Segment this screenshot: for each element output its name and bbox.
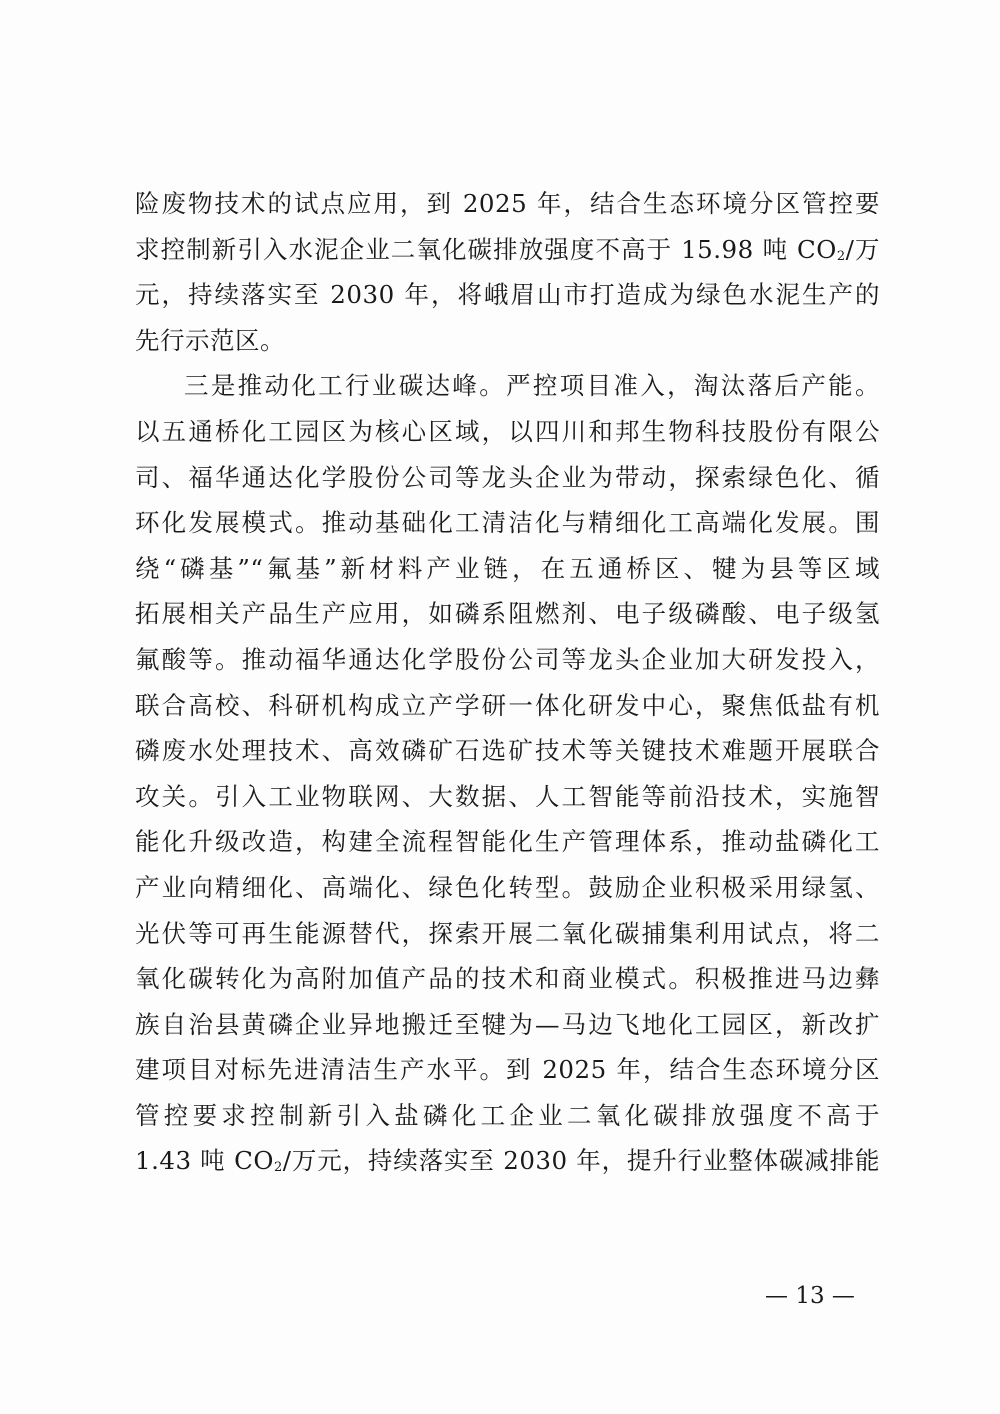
- text-line: 司、福华通达化学股份公司等龙头企业为带动，探索绿色化、循: [135, 455, 880, 501]
- text-line: 1.43 吨 CO2/万元，持续落实至 2030 年，提升行业整体碳减排能: [135, 1138, 880, 1184]
- text-line: 联合高校、科研机构成立产学研一体化研发中心，聚焦低盐有机: [135, 683, 880, 729]
- text-span: 1.43 吨 CO: [135, 1146, 274, 1175]
- text-line: 氧化碳转化为高附加值产品的技术和商业模式。积极推进马边彝: [135, 956, 880, 1002]
- paragraph-start-line: 三是推动化工行业碳达峰。严控项目准入，淘汰落后产能。: [135, 363, 880, 409]
- text-span: /万: [846, 235, 880, 264]
- text-line: 攻关。引入工业物联网、大数据、人工智能等前沿技术，实施智: [135, 774, 880, 820]
- subscript: 2: [837, 249, 846, 264]
- subscript: 2: [274, 1160, 283, 1175]
- text-line: 管控要求控制新引入盐磷化工企业二氧化碳排放强度不高于: [135, 1093, 880, 1139]
- page-number: — 13 —: [760, 1280, 860, 1312]
- text-line: 磷废水处理技术、高效磷矿石选矿技术等关键技术难题开展联合: [135, 728, 880, 774]
- text-span: /万元，持续落实至 2030 年，提升行业整体碳减排能: [283, 1146, 880, 1175]
- text-line: 绕“磷基”“氟基”新材料产业链，在五通桥区、犍为县等区域: [135, 546, 880, 592]
- text-line: 以五通桥化工园区为核心区域，以四川和邦生物科技股份有限公: [135, 409, 880, 455]
- text-line: 求控制新引入水泥企业二氧化碳排放强度不高于 15.98 吨 CO2/万: [135, 227, 880, 273]
- text-line: 产业向精细化、高端化、绿色化转型。鼓励企业积极采用绿氢、: [135, 865, 880, 911]
- body-text: 险废物技术的试点应用，到 2025 年，结合生态环境分区管控要 求控制新引入水泥…: [135, 181, 880, 1184]
- text-line: 氟酸等。推动福华通达化学股份公司等龙头企业加大研发投入，: [135, 637, 880, 683]
- text-line: 光伏等可再生能源替代，探索开展二氧化碳捕集利用试点，将二: [135, 911, 880, 957]
- text-span: 求控制新引入水泥企业二氧化碳排放强度不高于 15.98 吨 CO: [135, 235, 837, 264]
- text-line: 拓展相关产品生产应用，如磷系阻燃剂、电子级磷酸、电子级氢: [135, 591, 880, 637]
- text-line: 先行示范区。: [135, 318, 880, 364]
- text-line: 元，持续落实至 2030 年，将峨眉山市打造成为绿色水泥生产的: [135, 272, 880, 318]
- text-line: 族自治县黄磷企业异地搬迁至犍为—马边飞地化工园区，新改扩: [135, 1002, 880, 1048]
- text-line: 环化发展模式。推动基础化工清洁化与精细化工高端化发展。围: [135, 500, 880, 546]
- text-line: 险废物技术的试点应用，到 2025 年，结合生态环境分区管控要: [135, 181, 880, 227]
- text-line: 能化升级改造，构建全流程智能化生产管理体系，推动盐磷化工: [135, 819, 880, 865]
- text-line: 建项目对标先进清洁生产水平。到 2025 年，结合生态环境分区: [135, 1047, 880, 1093]
- document-page: 险废物技术的试点应用，到 2025 年，结合生态环境分区管控要 求控制新引入水泥…: [0, 0, 1000, 1414]
